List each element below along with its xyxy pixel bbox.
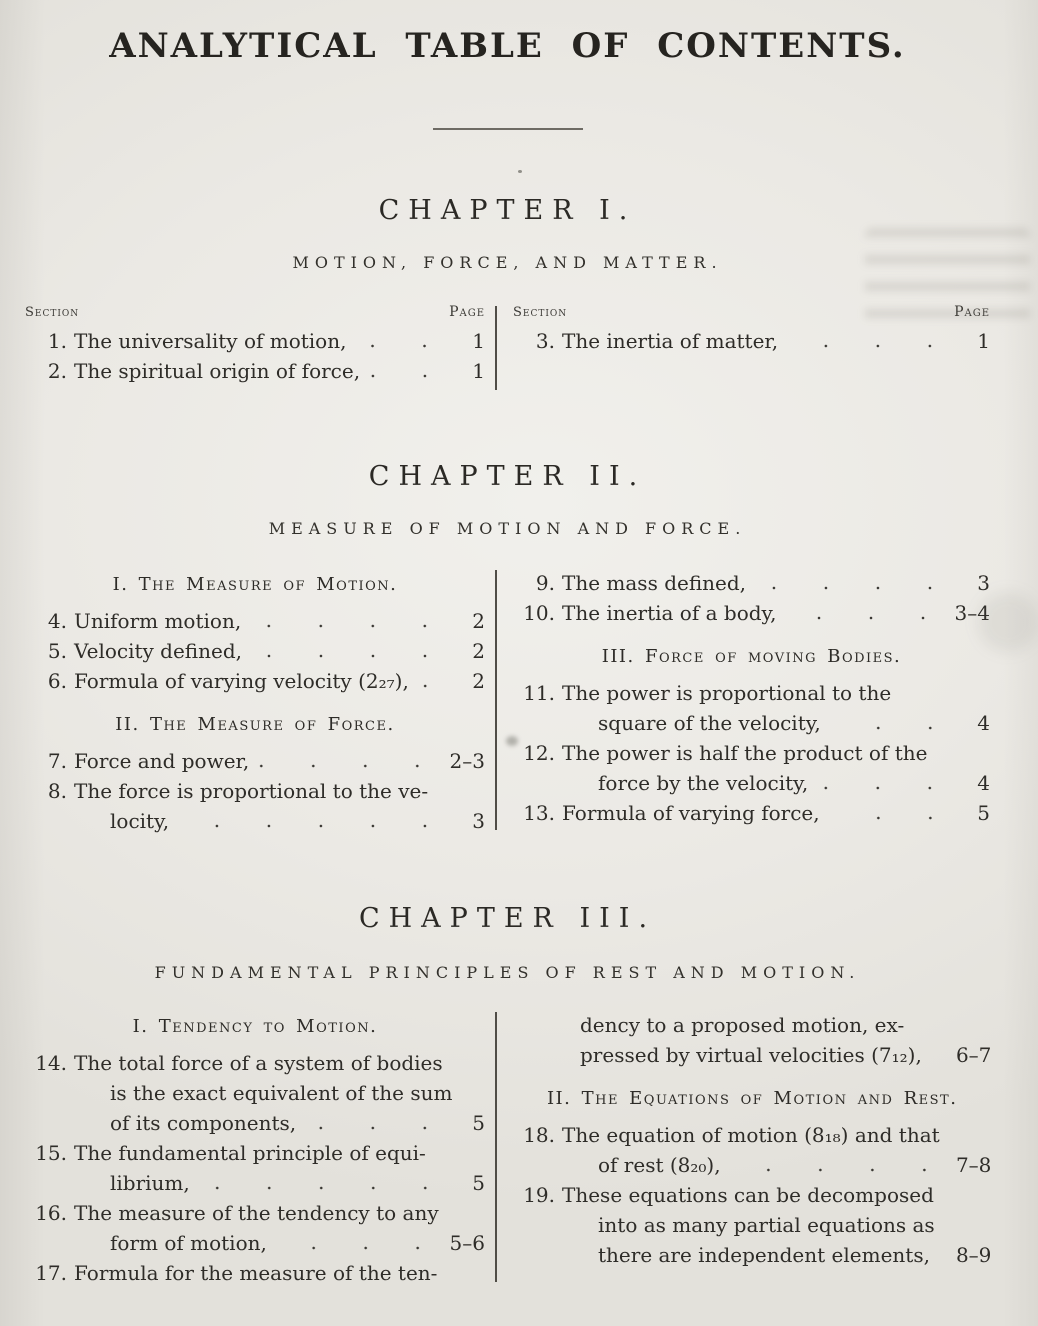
chapter-2-right-column: 9. The mass defined, 3 10. The inertia o… [485,568,990,836]
dot-leader [259,746,447,776]
page-number: 1 [962,326,990,356]
subsection-heading: II. The Equations of Motion and Rest. [513,1086,991,1112]
section-label: Section [513,305,567,320]
chapter-1-right-column: Section Page 3. The inertia of matter, 1 [485,304,990,386]
entry-number: 13. [513,798,562,828]
entry-number: 17. [25,1258,74,1288]
dot-leader [419,666,455,696]
page-number: 2 [457,636,485,666]
toc-entry-17-continued: dency to a proposed motion, ex- pressed … [513,1010,991,1070]
entry-text: The mass defined, [562,568,746,598]
entry-number: 3. [513,326,562,356]
subsection-heading: I. Tendency to Motion. [25,1014,485,1040]
subsection-heading: I. The Measure of Motion. [25,572,485,598]
page-number: 1 [457,356,485,386]
chapter-2-subtitle: MEASURE OF MOTION AND FORCE. [25,518,990,540]
page-number: 5 [457,1108,485,1138]
chapter-1-columns: Section Page 1. The universality of moti… [25,304,990,386]
toc-entry-2: 2. The spiritual origin of force, 1 [25,356,485,386]
entry-number: 1. [25,326,74,356]
page-number: 8–9 [956,1240,991,1270]
chapter-2-heading: CHAPTER II. [25,458,990,496]
dot-leader [251,606,455,636]
entry-number: 14. [25,1048,74,1138]
chapter-1-heading: CHAPTER I. [25,192,990,230]
chapter-1-subtitle: MOTION, FORCE, AND MATTER. [25,252,990,274]
toc-entry-12: 12. The power is half the product of the… [513,738,990,798]
entry-text: Formula of varying velocity (2₂₇), [74,666,409,696]
page-number: 7–8 [956,1150,991,1180]
dot-leader [731,1150,954,1180]
chapter-2-columns: I. The Measure of Motion. 4. Uniform mot… [25,568,990,836]
entry-text: into as many partial equations as [598,1210,935,1240]
dot-leader [940,1240,954,1270]
book-page: ANALYTICAL TABLE OF CONTENTS. CHAPTER I.… [0,0,1038,1326]
chapter-3-left-column: I. Tendency to Motion. 14. The total for… [25,1010,485,1288]
page-number: 3 [962,568,990,598]
entry-number: 9. [513,568,562,598]
entry-text: there are independent elements, [598,1240,930,1270]
dot-leader [200,1168,455,1198]
column-divider [495,306,497,390]
page-number: 5–6 [450,1228,485,1258]
dot-leader [252,636,455,666]
dot-leader [831,708,960,738]
page-label: Page [954,304,990,320]
dot-leader [277,1228,448,1258]
entry-text: The total force of a system of bodies [74,1048,443,1078]
page-number: 4 [962,768,990,798]
dot-leader [932,1040,954,1070]
entry-text: The spiritual origin of force, [74,356,360,386]
dot-leader [756,568,960,598]
toc-entry-15: 15. The fundamental principle of equi- l… [25,1138,485,1198]
entry-text: The inertia of matter, [562,326,778,356]
toc-entry-9: 9. The mass defined, 3 [513,568,990,598]
chapter-2-left-column: I. The Measure of Motion. 4. Uniform mot… [25,568,485,836]
entry-text: form of motion, [110,1228,267,1258]
entry-text: force by the velocity, [598,768,808,798]
entry-number: 2. [25,356,74,386]
chapter-3-heading: CHAPTER III. [25,900,990,938]
entry-number: 16. [25,1198,74,1258]
entry-text: pressed by virtual velocities (7₁₂), [580,1040,922,1070]
toc-entry-10: 10. The inertia of a body, 3–4 [513,598,990,628]
entry-number: 7. [25,746,74,776]
dot-leader [830,798,960,828]
page-number: 6–7 [956,1040,991,1070]
entry-number: 8. [25,776,74,836]
title-divider-rule [433,128,583,130]
entry-number: 4. [25,606,74,636]
dot-leader [788,326,960,356]
subsection-heading: III. Force of moving Bodies. [513,644,990,670]
entry-number: 19. [513,1180,562,1270]
toc-entry-6: 6. Formula of varying velocity (2₂₇), 2 [25,666,485,696]
dot-leader [356,326,455,356]
entry-text: of its components, [110,1108,296,1138]
dot-leader [818,768,960,798]
entry-text: librium, [110,1168,190,1198]
entry-number: 12. [513,738,562,798]
entry-text: square of the velocity, [598,708,821,738]
entry-number: 18. [513,1120,562,1180]
dot-leader [787,598,953,628]
entry-text: The fundamental principle of equi- [74,1138,426,1168]
chapter-1: CHAPTER I. MOTION, FORCE, AND MATTER. Se… [25,192,990,386]
entry-text: Formula of varying force, [562,798,820,828]
toc-entry-19: 19. These equations can be decomposed in… [513,1180,991,1270]
entry-number: 10. [513,598,562,628]
entry-text: Force and power, [74,746,249,776]
chapter-3-right-column: dency to a proposed motion, ex- pressed … [485,1010,991,1288]
dot-leader [179,806,455,836]
toc-entry-1: 1. The universality of motion, 1 [25,326,485,356]
chapter-3-subtitle: FUNDAMENTAL PRINCIPLES OF REST AND MOTIO… [25,962,990,984]
page-number: 4 [962,708,990,738]
entry-text: The universality of motion, [74,326,346,356]
entry-number: 15. [25,1138,74,1198]
page-number: 2 [457,606,485,636]
entry-text: Velocity defined, [74,636,242,666]
entry-number [513,1010,562,1070]
dot-leader [370,356,455,386]
toc-entry-4: 4. Uniform motion, 2 [25,606,485,636]
column-headers: Section Page [513,304,990,326]
toc-entry-14: 14. The total force of a system of bodie… [25,1048,485,1138]
subsection-heading: II. The Measure of Force. [25,712,485,738]
column-headers: Section Page [25,304,485,326]
entry-text: locity, [110,806,169,836]
entry-text: dency to a proposed motion, ex- [580,1010,904,1040]
toc-entry-11: 11. The power is proportional to the squ… [513,678,990,738]
toc-entry-7: 7. Force and power, 2–3 [25,746,485,776]
chapter-3-columns: I. Tendency to Motion. 14. The total for… [25,1010,990,1288]
toc-entry-16: 16. The measure of the tendency to any f… [25,1198,485,1258]
chapter-2: CHAPTER II. MEASURE OF MOTION AND FORCE.… [25,458,990,836]
page-number: 3 [457,806,485,836]
section-label: Section [25,305,79,320]
toc-entry-5: 5. Velocity defined, 2 [25,636,485,666]
chapter-1-left-column: Section Page 1. The universality of moti… [25,304,485,386]
toc-entry-13: 13. Formula of varying force, 5 [513,798,990,828]
toc-entry-8: 8. The force is proportional to the ve- … [25,776,485,836]
page-number: 2 [457,666,485,696]
column-divider [495,1012,497,1282]
entry-text: Uniform motion, [74,606,241,636]
entry-text: The measure of the tendency to any [74,1198,439,1228]
page-number: 2–3 [450,746,485,776]
toc-entry-18: 18. The equation of motion (8₁₈) and tha… [513,1120,991,1180]
toc-entry-17: 17. Formula for the measure of the ten- [25,1258,485,1288]
toc-entry-3: 3. The inertia of matter, 1 [513,326,990,356]
entry-text: of rest (8₂₀), [598,1150,721,1180]
page-title: ANALYTICAL TABLE OF CONTENTS. [25,24,990,68]
entry-number: 6. [25,666,74,696]
entry-text: These equations can be decomposed [562,1180,934,1210]
entry-text: The inertia of a body, [562,598,777,628]
page-number: 3–4 [955,598,990,628]
page-number: 5 [457,1168,485,1198]
page-number: 5 [962,798,990,828]
page-label: Page [449,304,485,320]
entry-number: 11. [513,678,562,738]
entry-text: The equation of motion (8₁₈) and that [562,1120,940,1150]
chapter-3: CHAPTER III. FUNDAMENTAL PRINCIPLES OF R… [25,900,990,1288]
page-number: 1 [457,326,485,356]
column-divider [495,570,497,830]
entry-text: The power is proportional to the [562,678,891,708]
entry-number: 5. [25,636,74,666]
dot-leader [306,1108,455,1138]
scan-speck [518,170,522,173]
entry-text: The force is proportional to the ve- [74,776,428,806]
entry-text: is the exact equivalent of the sum [110,1078,452,1108]
entry-text: The power is half the product of the [562,738,927,768]
entry-text: Formula for the measure of the ten- [74,1258,437,1288]
